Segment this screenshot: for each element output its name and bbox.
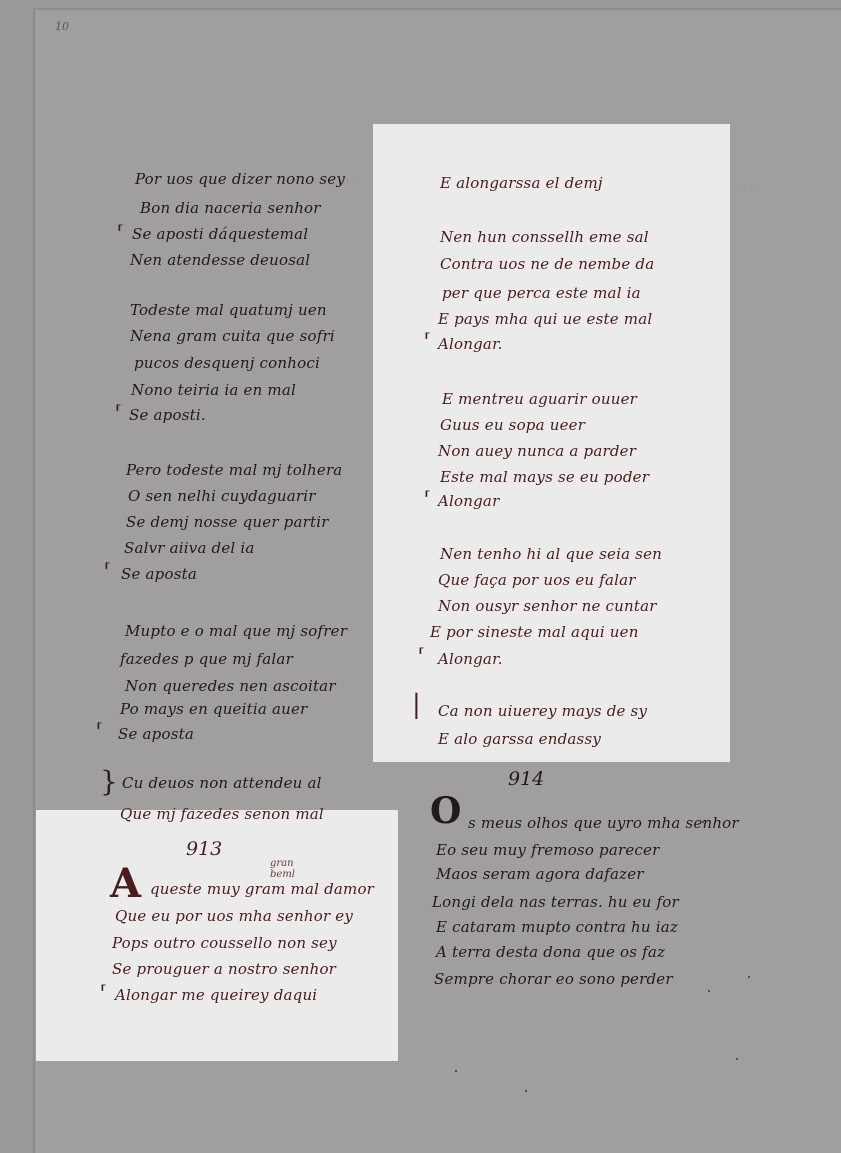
- verse-line: E cataram mupto contra hu iaz: [436, 918, 678, 936]
- verse-line: Se prouguer a nostro senhor: [112, 960, 336, 978]
- ink-speck: [708, 990, 710, 992]
- verse-line: per que perca este mal ia: [442, 284, 641, 302]
- verse-line: Que eu por uos mha senhor ey: [115, 907, 353, 925]
- ink-speck: [525, 1090, 527, 1092]
- verse-line: fazedes p que mj falar: [120, 650, 293, 668]
- verse-line: Este mal mays se eu poder: [440, 468, 649, 486]
- verse-line: Nen tenho hi al que seia sen: [440, 545, 662, 563]
- paragraph-mark-icon: ⸢: [104, 560, 111, 581]
- paragraph-mark-icon: ⸢: [100, 982, 107, 1003]
- verse-line: Salvr aiiva del ia: [124, 539, 255, 557]
- verse-line: s meus olhos que uyro mha senhor: [468, 814, 739, 832]
- verse-line: E por sineste mal aqui uen: [430, 623, 639, 641]
- verse-line: Se aposta: [121, 565, 197, 583]
- verse-line: E mentreu aguarir ouuer: [442, 390, 637, 408]
- verse-line: Se demj nosse quer partir: [126, 513, 329, 531]
- verse-line: Non auey nunca a parder: [438, 442, 636, 460]
- verse-line: Pops outro coussello non sey: [112, 934, 337, 952]
- paragraph-mark-icon: ⸢: [115, 402, 122, 423]
- verse-line: Non ousyr senhor ne cuntar: [438, 597, 657, 615]
- verse-line: Por uos que dizer nono sey: [135, 170, 345, 188]
- verse-line: E alo garssa endassy: [438, 730, 601, 748]
- verse-line: Sempre chorar eo sono perder: [434, 970, 673, 988]
- verse-line: Se aposti.: [129, 406, 206, 424]
- paragraph-mark-icon: ⸢: [424, 330, 431, 351]
- ink-speck: [702, 821, 704, 823]
- folio-number: 10: [55, 20, 69, 33]
- verse-line: Nono teiria ia en mal: [131, 381, 296, 399]
- verse-line: E pays mha qui ue este mal: [438, 310, 652, 328]
- verse-line: Maos seram agora dafazer: [436, 865, 644, 883]
- verse-line: E alongarssa el demj: [440, 174, 603, 192]
- verse-line: Alongar me queirey daqui: [115, 986, 317, 1004]
- verse-line: Bon dia naceria senhor: [140, 199, 321, 217]
- ink-speck: [736, 1058, 738, 1060]
- verse-line: Contra uos ne de nembe da: [440, 255, 654, 273]
- verse-line: Nen atendesse deuosal: [130, 251, 310, 269]
- ink-speck: [748, 976, 750, 978]
- brace-icon: |: [412, 690, 421, 720]
- ink-speck: [455, 1070, 457, 1072]
- verse-line: Todeste mal quatumj uen: [130, 301, 327, 319]
- verse-line: Alongar: [438, 492, 499, 510]
- verse-line: Que mj fazedes senon mal: [120, 805, 324, 823]
- verse-line: Nen hun conssellh eme sal: [440, 228, 649, 246]
- verse-line: Guus eu sopa ueer: [440, 416, 585, 434]
- bleed-through-text: · · ·: [735, 180, 754, 194]
- marginal-gloss: gran beml: [270, 858, 295, 880]
- verse-line: O sen nelhi cuydaguarir: [128, 487, 316, 505]
- verse-line: Se aposti dáquestemal: [132, 225, 308, 243]
- poem-number: 914: [508, 768, 544, 790]
- verse-line: Cu deuos non attendeu al: [122, 774, 322, 792]
- verse-line: Eo seu muy fremoso parecer: [436, 841, 659, 859]
- paragraph-mark-icon: ⸢: [424, 488, 431, 509]
- verse-line: Non queredes nen ascoitar: [125, 677, 336, 695]
- verse-line: A terra desta dona que os faz: [436, 943, 665, 961]
- paragraph-mark-icon: ⸢: [96, 720, 103, 741]
- verse-line: Alongar.: [438, 650, 503, 668]
- decorated-initial: O: [430, 790, 461, 832]
- verse-line: pucos desquenj conhoci: [134, 354, 320, 372]
- verse-line: Que faça por uos eu falar: [438, 571, 636, 589]
- verse-line: Alongar.: [438, 335, 503, 353]
- decorated-initial: A: [110, 860, 141, 907]
- verse-line: Se aposta: [118, 725, 194, 743]
- verse-line: Po mays en queitia auer: [120, 700, 307, 718]
- verse-line: Nena gram cuita que sofri: [130, 327, 335, 345]
- paragraph-mark-icon: ⸢: [418, 645, 425, 666]
- paragraph-mark-icon: ⸢: [117, 222, 124, 243]
- verse-line: Longi dela nas terras. hu eu for: [432, 893, 679, 911]
- verse-line: queste muy gram mal damor: [150, 880, 374, 898]
- poem-number: 913: [186, 838, 222, 860]
- brace-icon: }: [100, 765, 118, 798]
- verse-line: Mupto e o mal que mj sofrer: [125, 622, 347, 640]
- verse-line: Pero todeste mal mj tolhera: [126, 461, 342, 479]
- verse-line: Ca non uiuerey mays de sy: [438, 702, 647, 720]
